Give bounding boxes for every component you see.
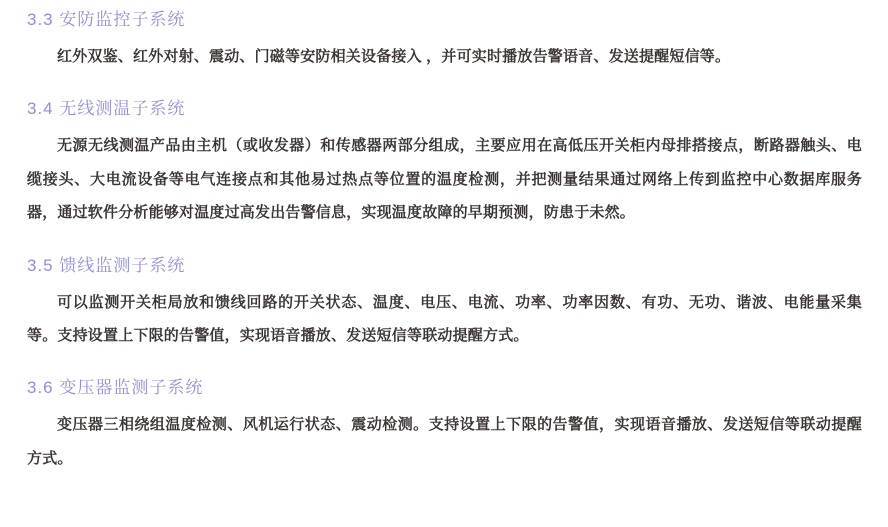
section-feeder-monitoring: 3.5 馈线监测子系统 可以监测开关柜局放和馈线回路的开关状态、温度、电压、电流… <box>27 255 862 353</box>
section-wireless-temperature: 3.4 无线测温子系统 无源无线测温产品由主机（或收发器）和传感器两部分组成，主… <box>27 98 862 229</box>
document-page: 3.3 安防监控子系统 红外双鉴、红外对射、震动、门磁等安防相关设备接入 ，并可… <box>0 0 888 527</box>
section-heading-3-4: 3.4 无线测温子系统 <box>27 98 862 120</box>
section-security-monitoring: 3.3 安防监控子系统 红外双鉴、红外对射、震动、门磁等安防相关设备接入 ，并可… <box>27 9 862 73</box>
section-paragraph: 可以监测开关柜局放和馈线回路的开关状态、温度、电压、电流、功率、功率因数、有功、… <box>27 286 862 353</box>
section-paragraph: 无源无线测温产品由主机（或收发器）和传感器两部分组成，主要应用在高低压开关柜内母… <box>27 129 862 229</box>
section-paragraph: 变压器三相绕组温度检测、风机运行状态、震动检测。支持设置上下限的告警值，实现语音… <box>27 408 862 475</box>
section-transformer-monitoring: 3.6 变压器监测子系统 变压器三相绕组温度检测、风机运行状态、震动检测。支持设… <box>27 377 862 475</box>
section-heading-3-6: 3.6 变压器监测子系统 <box>27 377 862 399</box>
section-paragraph: 红外双鉴、红外对射、震动、门磁等安防相关设备接入 ，并可实时播放告警语音、发送提… <box>27 40 862 73</box>
section-heading-3-5: 3.5 馈线监测子系统 <box>27 255 862 277</box>
section-heading-3-3: 3.3 安防监控子系统 <box>27 9 862 31</box>
